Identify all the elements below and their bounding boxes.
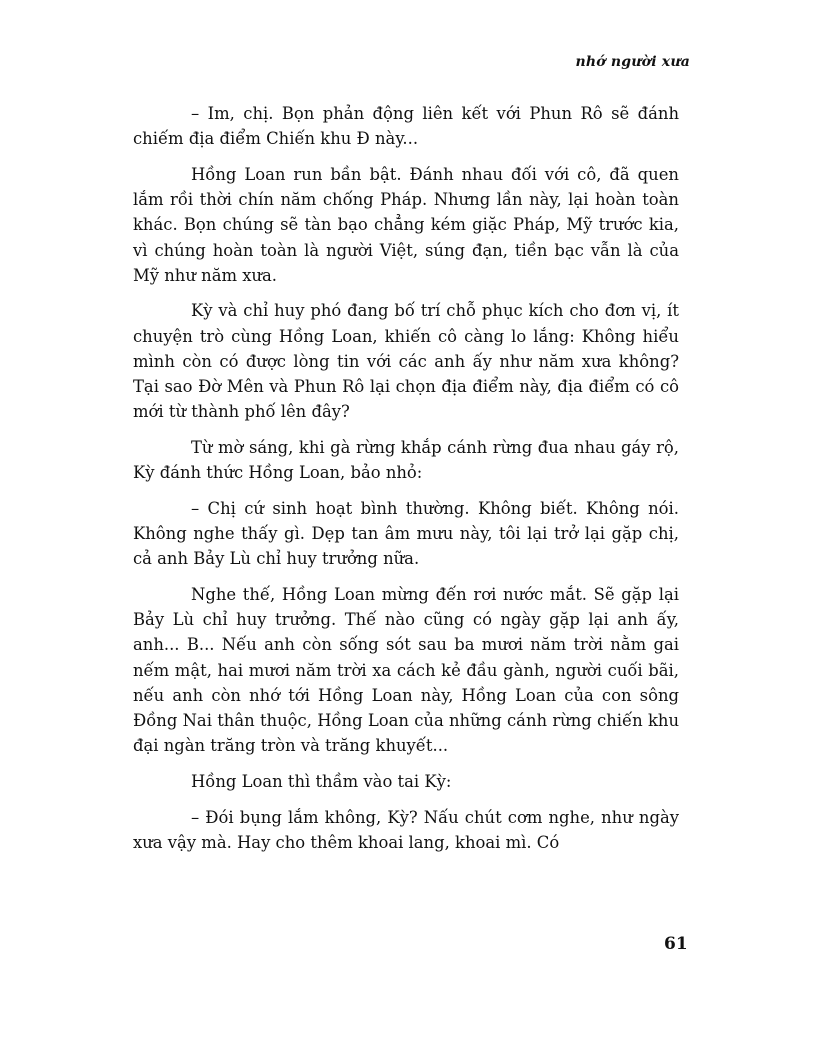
- paragraph-7: Hồng Loan thì thầm vào tai Kỳ:: [133, 769, 679, 794]
- paragraph-dialogue-5: – Chị cứ sinh hoạt bình thường. Không bi…: [133, 496, 679, 572]
- paragraph-6: Nghe thế, Hồng Loan mừng đến rơi nước mắ…: [133, 582, 679, 758]
- running-header-title: nhớ người xưa: [576, 54, 690, 70]
- paragraph-2: Hồng Loan run bần bật. Đánh nhau đối với…: [133, 162, 679, 288]
- paragraph-4: Từ mờ sáng, khi gà rừng khắp cánh rừng đ…: [133, 435, 679, 485]
- paragraph-dialogue-8: – Đói bụng lắm không, Kỳ? Nấu chút cơm n…: [133, 805, 679, 855]
- paragraph-dialogue-1: – Im, chị. Bọn phản động liên kết với Ph…: [133, 101, 679, 151]
- paragraph-3: Kỳ và chỉ huy phó đang bố trí chỗ phục k…: [133, 298, 679, 424]
- page-body: – Im, chị. Bọn phản động liên kết với Ph…: [133, 101, 679, 865]
- page-number: 61: [664, 934, 688, 954]
